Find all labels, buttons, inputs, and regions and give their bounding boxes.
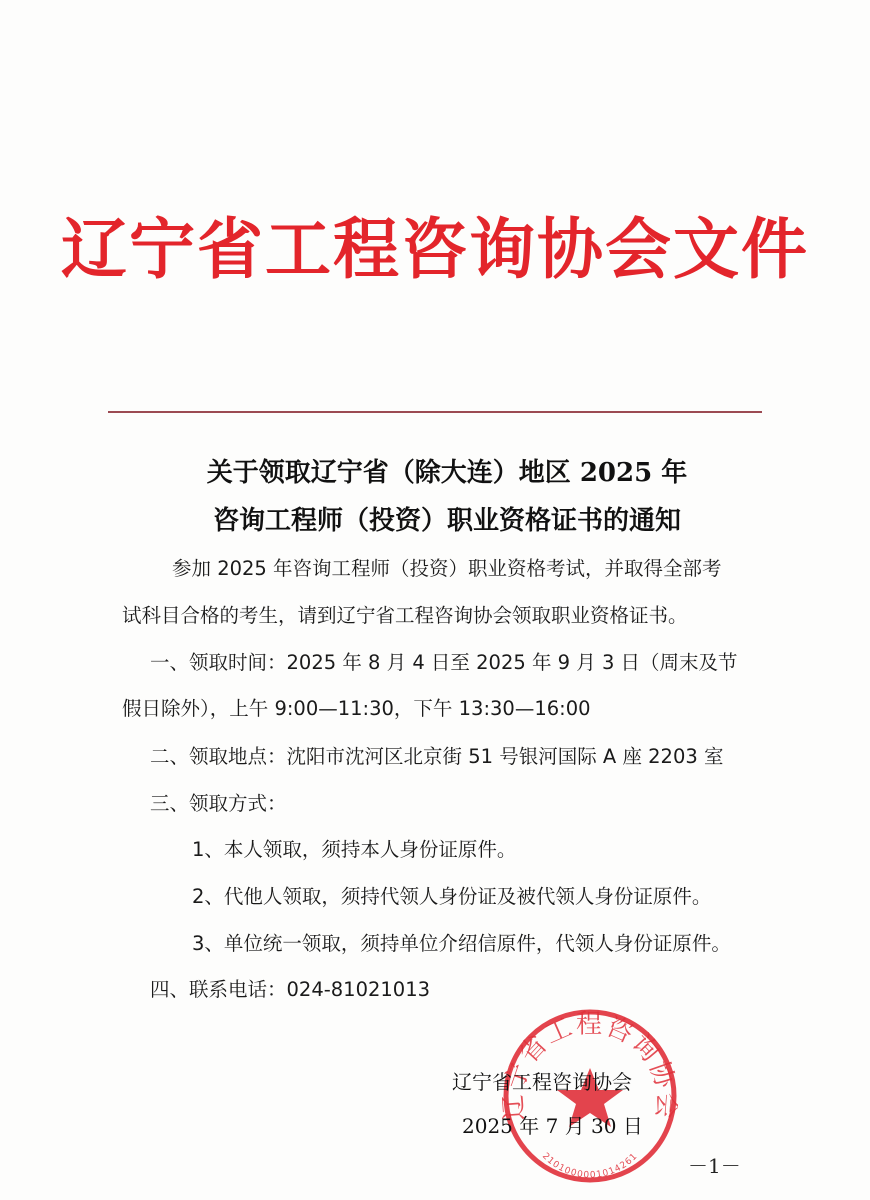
intro-line-1: 参加 2025 年咨询工程师（投资）职业资格考试，并取得全部考 (172, 553, 722, 581)
time-line-1: 一、领取时间：2025 年 8 月 4 日至 2025 年 9 月 3 日（周末… (150, 647, 738, 675)
method-item: 1、本人领取，须持本人身份证原件。 (192, 834, 516, 862)
official-seal: 辽宁省工程咨询协会 2101000001014261 (502, 1008, 678, 1184)
intro-line-2: 试科目合格的考生，请到辽宁省工程咨询协会领取职业资格证书。 (122, 600, 688, 628)
notice-title-line-2: 咨询工程师（投资）职业资格证书的通知 (12, 500, 870, 537)
seal-code: 2101000001014261 (540, 1151, 640, 1180)
place-line: 二、领取地点：沈阳市沈河区北京街 51 号银河国际 A 座 2203 室 (150, 741, 723, 769)
page-number: －1－ (688, 1150, 741, 1179)
time-line-2: 假日除外），上午 9:00—11:30，下午 13:30—16:00 (122, 693, 591, 721)
svg-text:2101000001014261: 2101000001014261 (540, 1151, 640, 1180)
document-red-header: 辽宁省工程咨询协会文件 (0, 196, 870, 291)
method-item: 3、单位统一领取，须持单位介绍信原件，代领人身份证原件。 (192, 928, 731, 956)
method-heading: 三、领取方式： (150, 788, 287, 816)
issuer-signature: 辽宁省工程咨询协会 (452, 1066, 632, 1095)
method-item: 2、代他人领取，须持代领人身份证及被代领人身份证原件。 (192, 881, 711, 909)
contact-line: 四、联系电话：024-81021013 (150, 974, 430, 1002)
notice-title-line-1: 关于领取辽宁省（除大连）地区 2025 年 (12, 452, 870, 489)
issue-date: 2025 年 7 月 30 日 (462, 1110, 643, 1139)
header-divider (108, 411, 762, 413)
